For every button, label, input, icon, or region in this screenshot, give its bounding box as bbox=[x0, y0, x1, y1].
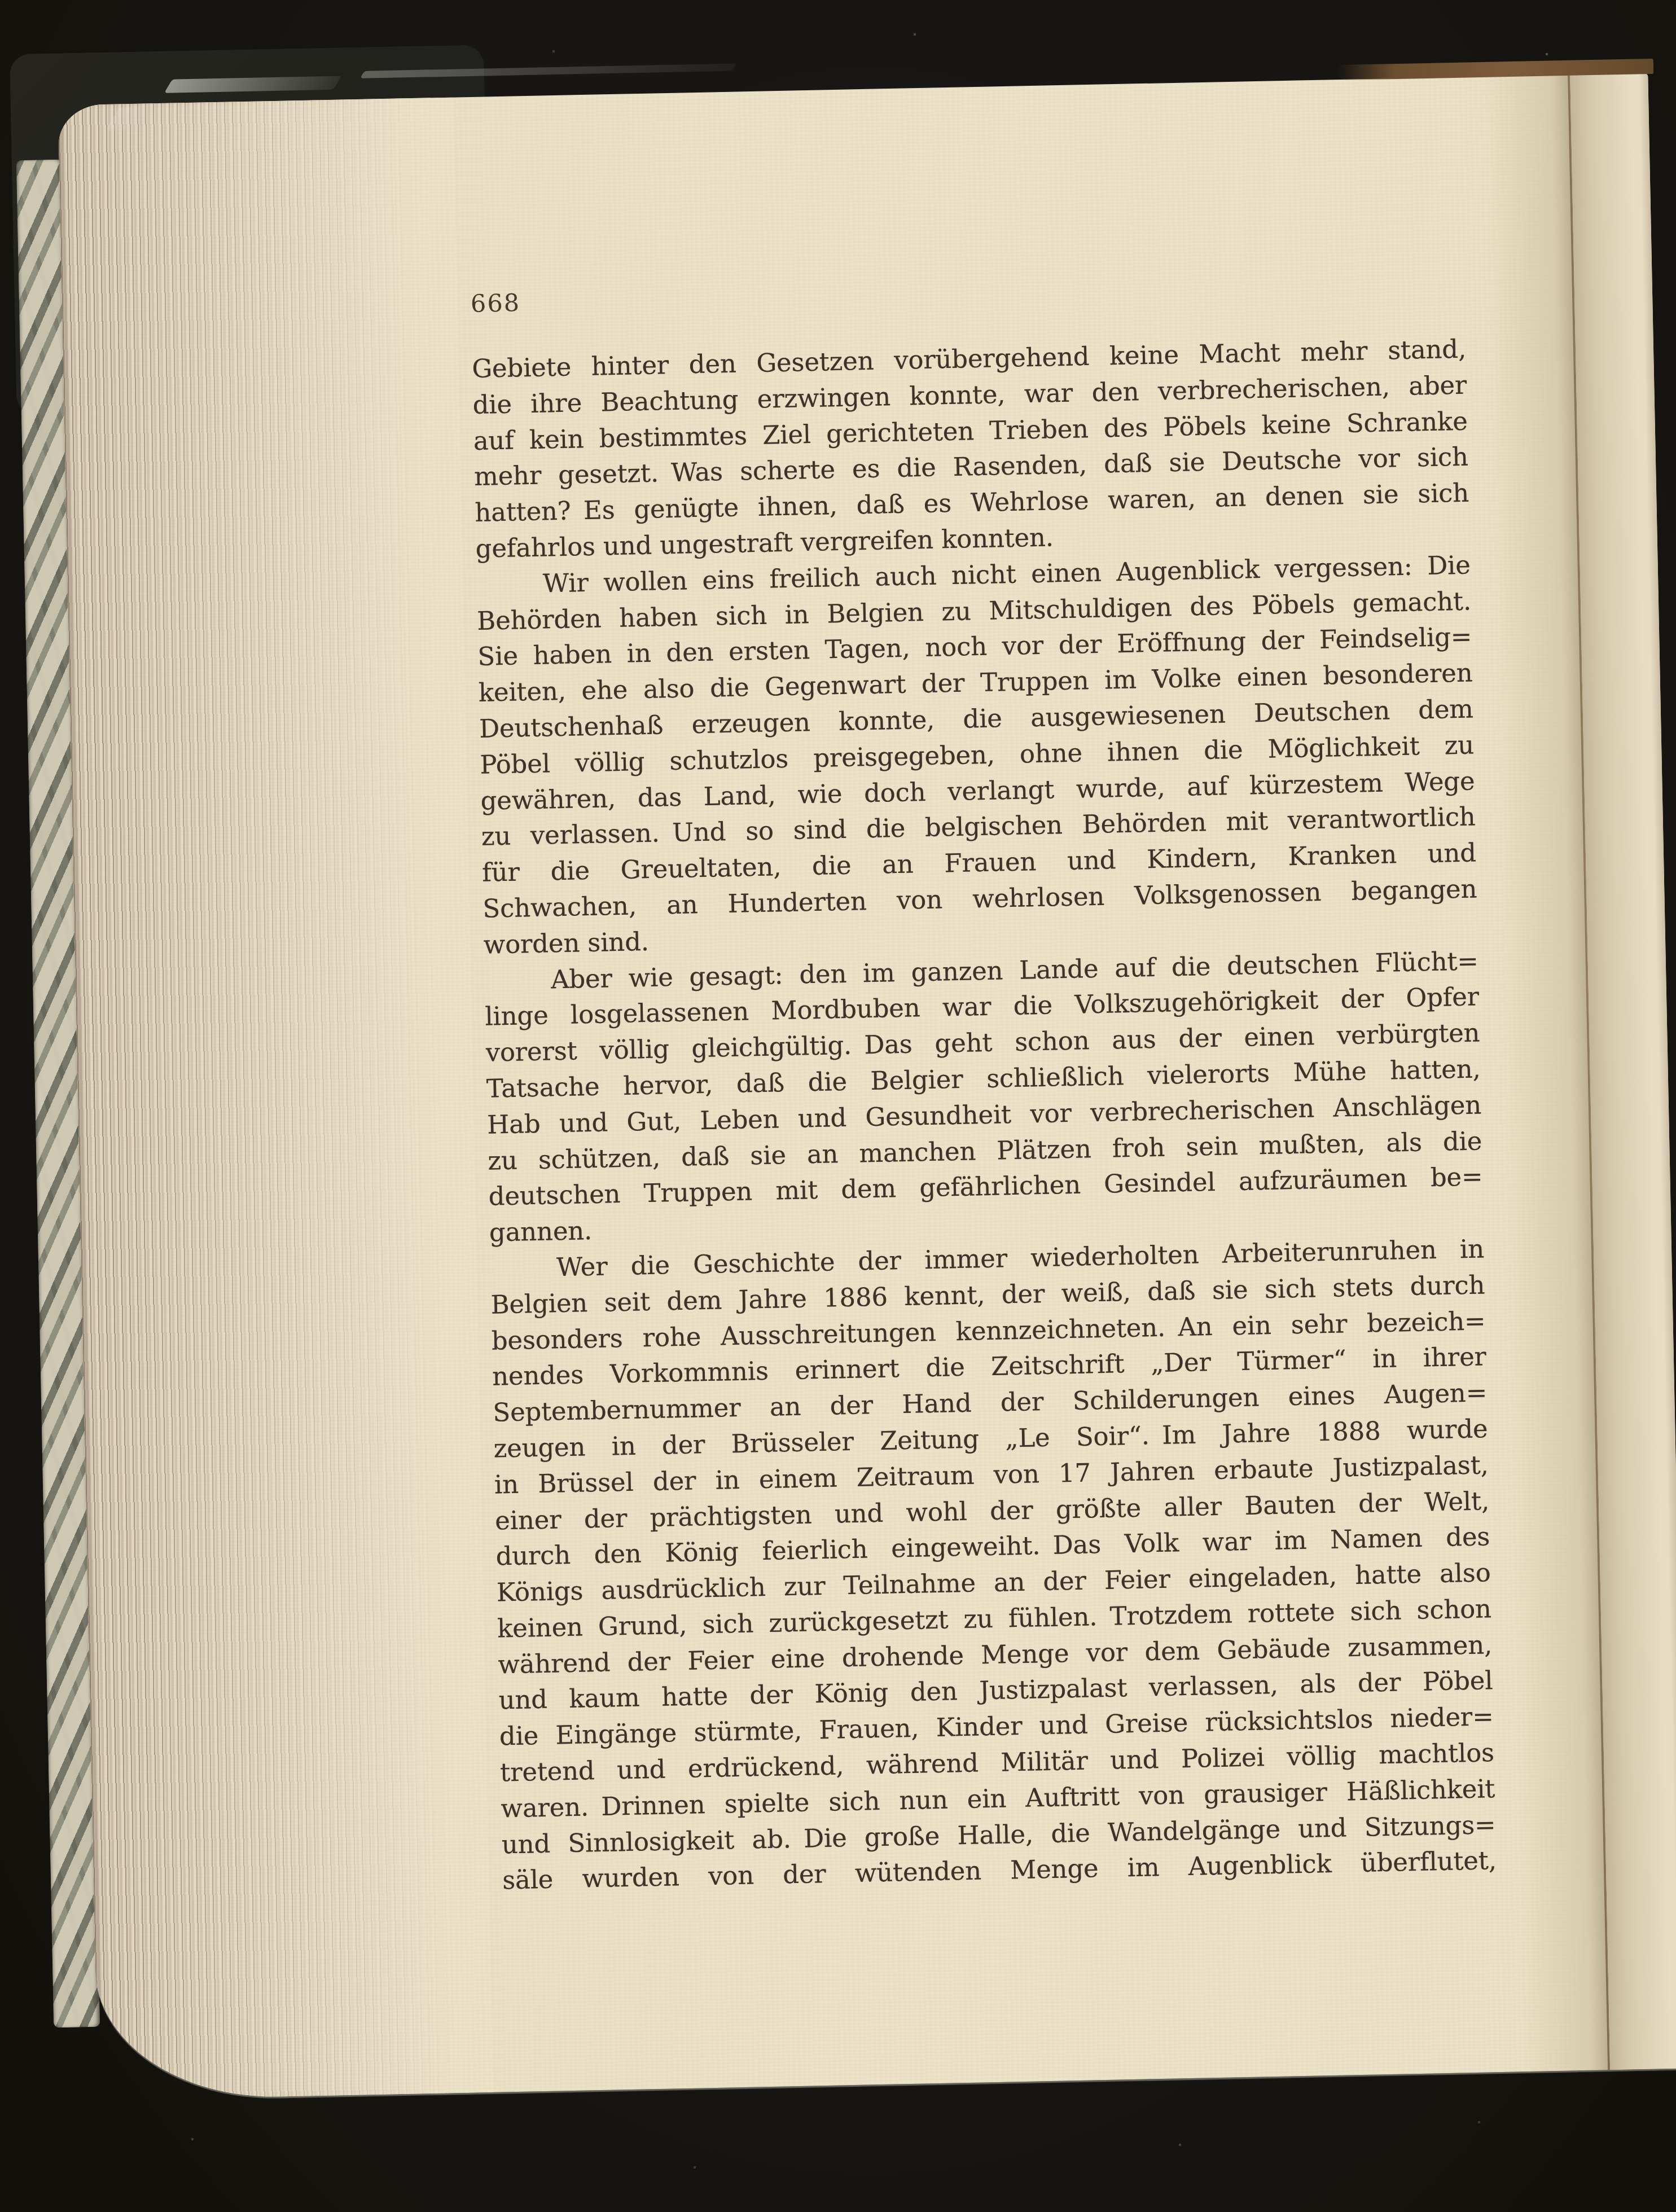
open-book: 668 Gebiete hinter den Gesetzen vorüberg… bbox=[58, 73, 1676, 2100]
book-page: 668 Gebiete hinter den Gesetzen vorüberg… bbox=[58, 73, 1676, 2100]
dust-specks bbox=[0, 0, 1, 1]
page-number: 668 bbox=[471, 289, 521, 318]
text-block: Gebiete hinter den Gesetzen vorübergehen… bbox=[472, 331, 1497, 1899]
scanner-background: 668 Gebiete hinter den Gesetzen vorüberg… bbox=[0, 0, 1676, 2212]
